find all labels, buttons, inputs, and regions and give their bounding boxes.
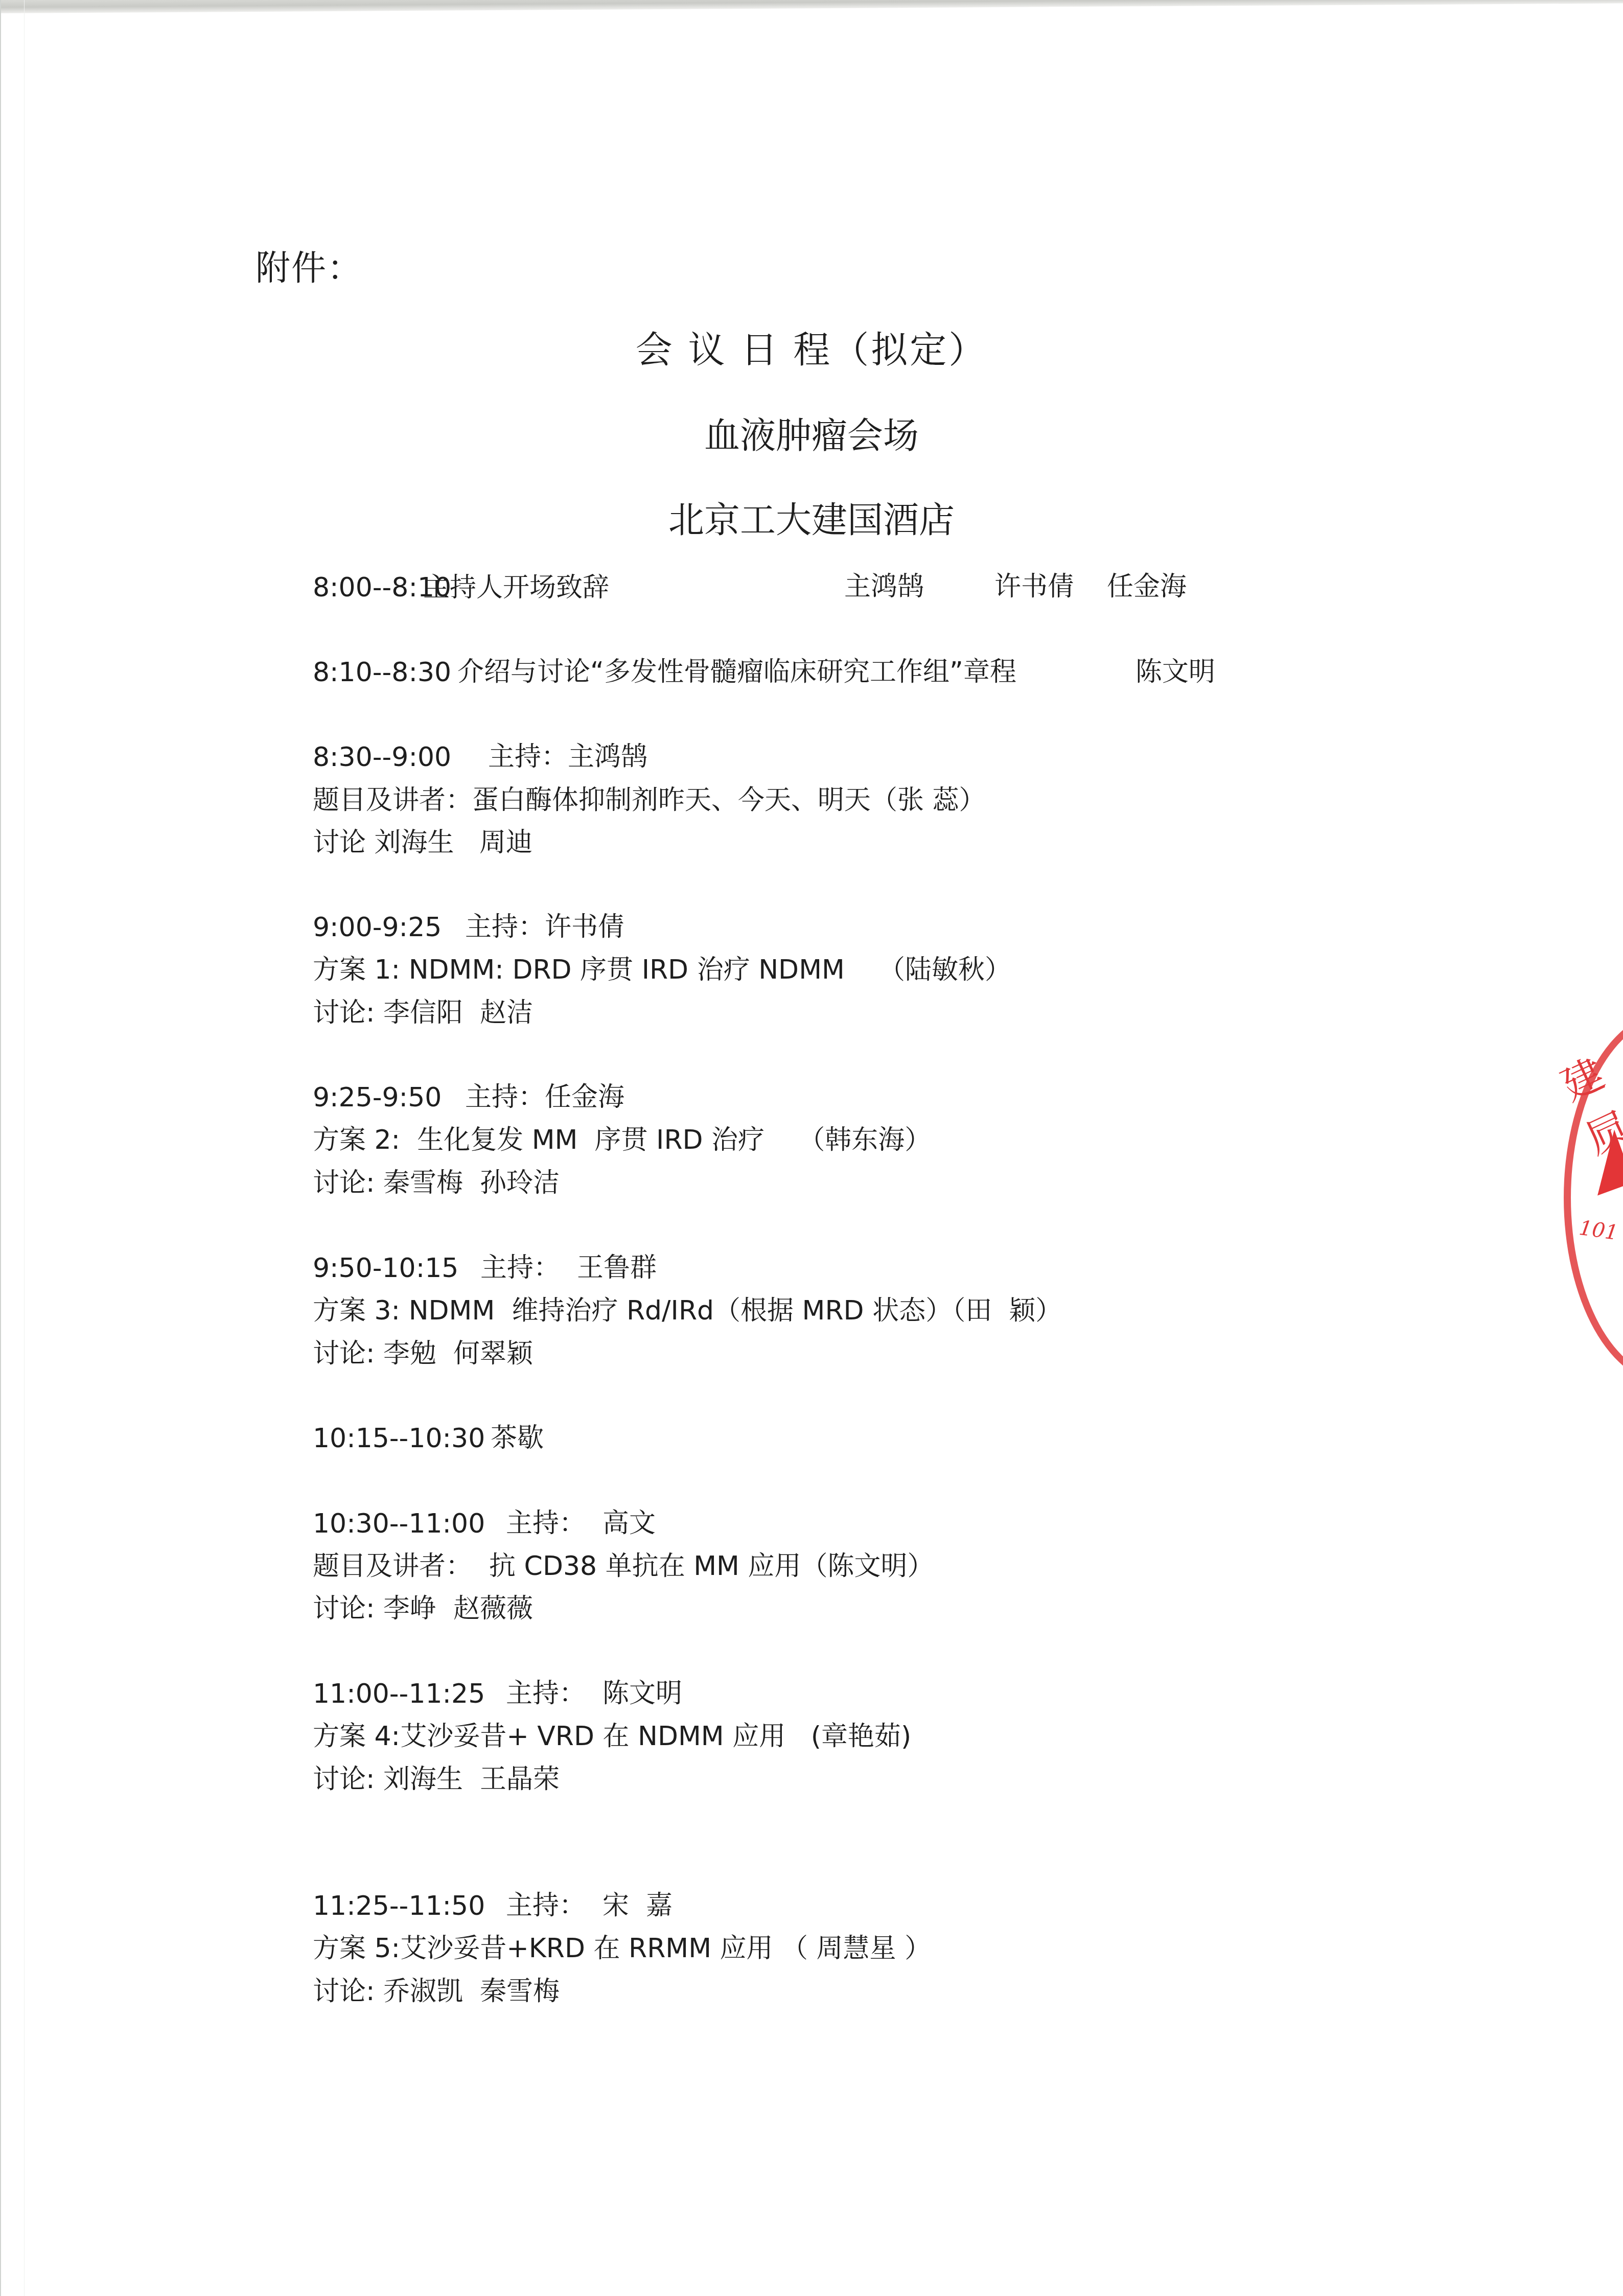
- agenda-person: 任金海: [1107, 573, 1187, 600]
- scan-edge-top: [0, 0, 1623, 13]
- agenda-time: 9:50-10:15: [313, 1255, 458, 1282]
- agenda-discussion: 讨论: 李峥 赵薇薇: [313, 1595, 533, 1622]
- agenda-person: 许书倩: [994, 573, 1074, 600]
- agenda-talk: 题目及讲者：蛋白酶体抑制剂昨天、今天、明天（张 蕊）: [313, 787, 986, 814]
- agenda-time: 11:00--11:25: [313, 1681, 485, 1707]
- venue-heading: 血液肿瘤会场: [0, 418, 1623, 454]
- agenda-discussion: 讨论: 刘海生 王晶荣: [313, 1766, 560, 1793]
- agenda-discussion: 讨论: 秦雪梅 孙玲洁: [313, 1170, 560, 1196]
- agenda-host: 主持：主鸿鹄: [488, 744, 647, 770]
- agenda-talk: 方案 2: 生化复发 MM 序贯 IRD 治疗 （韩东海）: [313, 1127, 931, 1153]
- agenda-discussion: 讨论: 乔淑凯 秦雪梅: [313, 1978, 560, 2005]
- attachment-label: 附件：: [256, 251, 363, 286]
- agenda-talk: 方案 5:艾沙妥昔+KRD 在 RRMM 应用 （ 周慧星 ）: [313, 1935, 931, 1962]
- agenda-time: 8:30--9:00: [313, 744, 451, 771]
- agenda-talk: 方案 1: NDMM: DRD 序贯 IRD 治疗 NDMM （陆敏秋）: [313, 957, 1011, 983]
- agenda-host: 主持： 高文: [506, 1510, 656, 1537]
- agenda-time: 9:25-9:50: [313, 1084, 442, 1111]
- agenda-talk: 题目及讲者： 抗 CD38 单抗在 MM 应用（陈文明）: [313, 1553, 934, 1580]
- agenda-time: 10:30--11:00: [313, 1511, 485, 1537]
- agenda-talk: 方案 3: NDMM 维持治疗 Rd/IRd（根据 MRD 状态）（田 颖）: [313, 1297, 1062, 1324]
- agenda-discussion: 讨论: 李勉 何翠颖: [313, 1340, 533, 1367]
- agenda-topic: 介绍与讨论“多发性骨髓瘤临床研究工作组”章程: [457, 659, 1016, 685]
- hotel-heading: 北京工大建国酒店: [0, 502, 1623, 538]
- agenda-host: 主持：任金海: [465, 1084, 624, 1110]
- agenda-host: 主持： 宋 嘉: [506, 1892, 673, 1919]
- agenda-topic: 茶歇: [491, 1425, 544, 1451]
- agenda-host: 主持：许书倩: [465, 914, 624, 940]
- page-title: 会 议 日 程（拟定）: [0, 331, 1623, 368]
- agenda-person: 主鸿鹄: [844, 573, 924, 600]
- agenda-talk: 方案 4:艾沙妥昔+ VRD 在 NDMM 应用 (章艳茹): [313, 1723, 911, 1750]
- agenda-host: 主持： 陈文明: [506, 1680, 682, 1707]
- agenda-time: 9:00-9:25: [313, 914, 442, 941]
- agenda-time: 10:15--10:30: [313, 1425, 485, 1452]
- agenda-discussion: 讨论 刘海生 周迪: [313, 829, 532, 856]
- agenda-person: 陈文明: [1135, 659, 1215, 685]
- agenda-time: 11:25--11:50: [313, 1893, 485, 1919]
- agenda-discussion: 讨论: 李信阳 赵洁: [313, 1000, 533, 1026]
- agenda-time: 8:10--8:30: [313, 659, 451, 686]
- agenda-topic: 主持人开场致辞: [423, 574, 609, 601]
- agenda-host: 主持： 王鲁群: [480, 1255, 657, 1281]
